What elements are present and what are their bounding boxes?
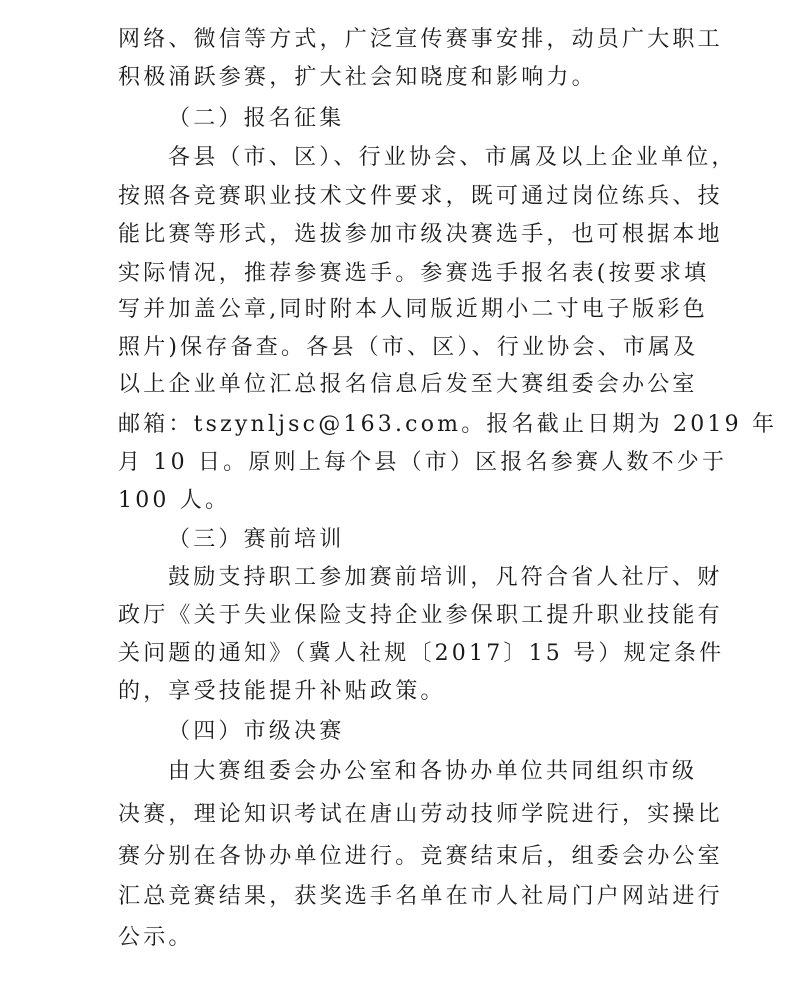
document-page: 网络、微信等方式，广泛宣传赛事安排，动员广大职工 积极涌跃参赛，扩大社会知晓度和…: [0, 0, 788, 986]
paragraph-line: 以上企业单位汇总报名信息后发至大赛组委会办公室: [118, 372, 688, 398]
section-heading-registration: （二）报名征集: [168, 106, 738, 132]
paragraph-line: 能比赛等形式，选拔参加市级决赛选手，也可根据本地: [118, 222, 688, 248]
paragraph-line: 写并加盖公章,同时附本人同版近期小二寸电子版彩色: [118, 297, 688, 323]
paragraph-line: 决赛，理论知识考试在唐山劳动技师学院进行，实操比: [118, 802, 688, 828]
paragraph-line: 各县（市、区）、行业协会、市属及以上企业单位，: [168, 145, 738, 171]
paragraph-line: 积极涌跃参赛，扩大社会知晓度和影响力。: [118, 65, 688, 91]
section-heading-city-final: （四）市级决赛: [168, 719, 738, 745]
paragraph-line: 关问题的通知》（冀人社规〔2017〕15 号）规定条件: [118, 641, 688, 667]
paragraph-line: 的，享受技能提升补贴政策。: [118, 679, 688, 705]
paragraph-line: 照片)保存备查。各县（市、区）、行业协会、市属及: [118, 335, 688, 361]
paragraph-line: 100 人。: [118, 488, 688, 514]
paragraph-line: 公示。: [118, 925, 688, 951]
paragraph-line: 鼓励支持职工参加赛前培训，凡符合省人社厅、财: [168, 565, 738, 591]
paragraph-line: 网络、微信等方式，广泛宣传赛事安排，动员广大职工: [118, 27, 688, 53]
paragraph-line: 政厅《关于失业保险支持企业参保职工提升职业技能有: [118, 603, 688, 629]
paragraph-line: 由大赛组委会办公室和各协办单位共同组织市级: [168, 759, 738, 785]
paragraph-line: 月 10 日。原则上每个县（市）区报名参赛人数不少于: [118, 450, 688, 476]
paragraph-line: 按照各竞赛职业技术文件要求，既可通过岗位练兵、技: [118, 184, 688, 210]
paragraph-line: 汇总竞赛结果，获奖选手名单在市人社局门户网站进行: [118, 884, 688, 910]
paragraph-line: 实际情况，推荐参赛选手。参赛选手报名表(按要求填: [118, 261, 688, 287]
paragraph-line-email: 邮箱：tszynljsc@163.com。报名截止日期为 2019 年 8: [118, 412, 688, 438]
section-heading-training: （三）赛前培训: [168, 527, 738, 553]
paragraph-line: 赛分别在各协办单位进行。竞赛结束后，组委会办公室: [118, 844, 688, 870]
